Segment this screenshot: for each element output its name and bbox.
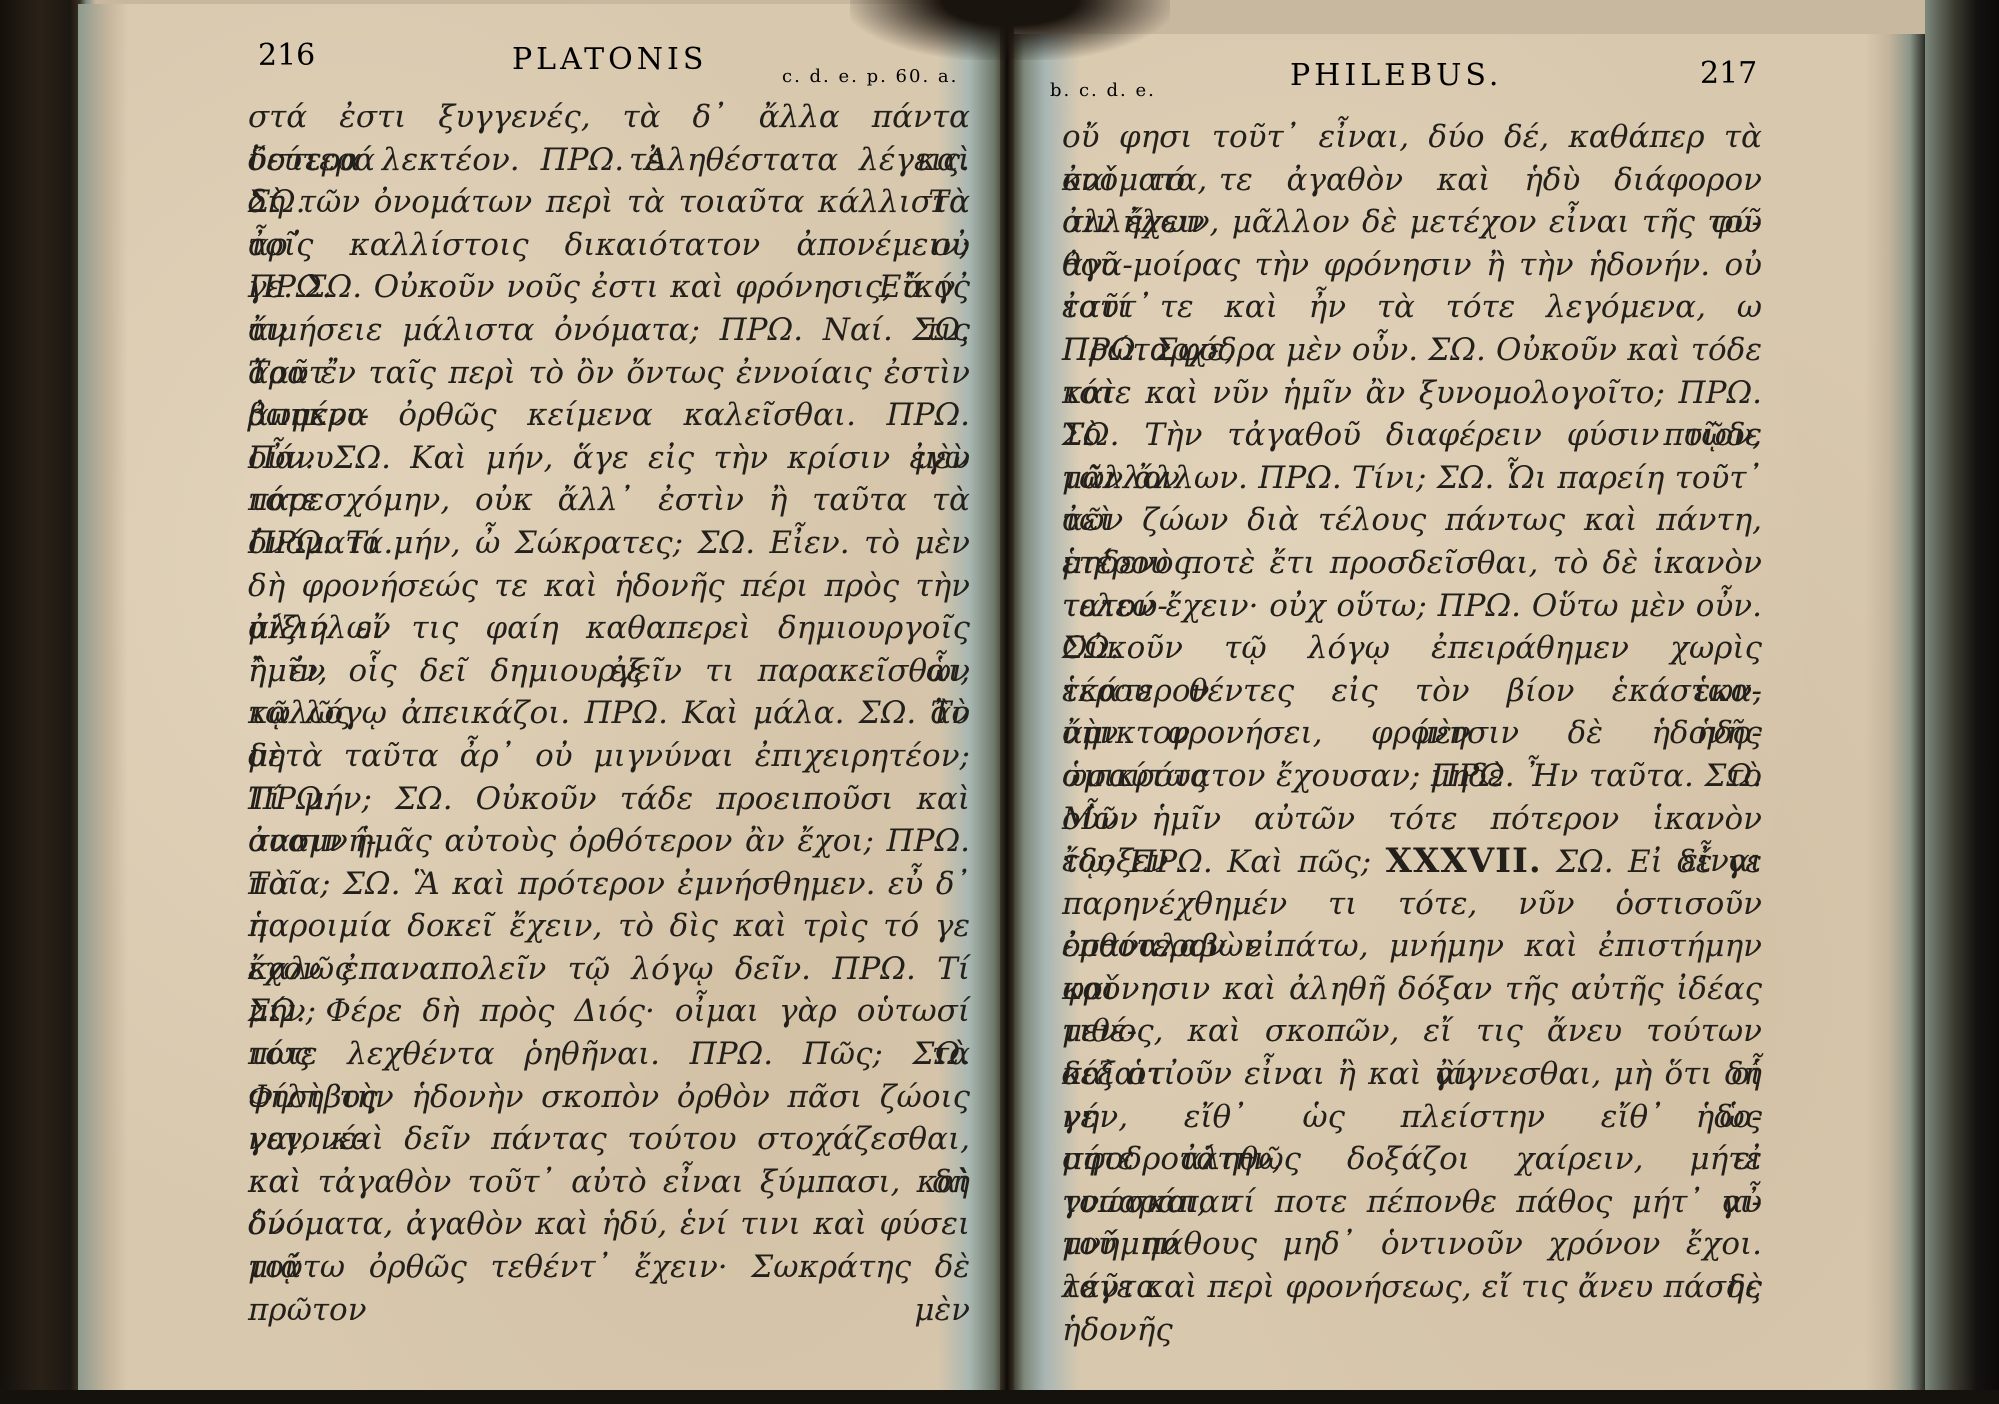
text-line: φρόνησιν καὶ ἀληθῆ δόξαν τῆς αὐτῆς ἰδέας… <box>1062 968 1762 1011</box>
text-line: τατον ἔχειν· οὐχ οὕτω; ΠΡΩ. Οὕτω μὲν οὖν… <box>1062 585 1762 628</box>
right-running-head: PHILEBUS. <box>1290 58 1502 93</box>
text-line: ποῖα; ΣΩ. Ἃ καὶ πρότερον ἐμνήσθημεν. εὖ … <box>248 863 970 906</box>
text-line: παρηνέχθημέν τι τότε, νῦν ὁστισοῦν ἐπανα… <box>1062 883 1762 926</box>
text-line: δὴ φρονήσεώς τε καὶ ἡδονῆς πέρι πρὸς τὴν… <box>248 565 970 608</box>
text-line: τῶν ἄλλων. ΠΡΩ. Τίνι; ΣΩ. Ὧι παρείη τοῦτ… <box>1062 457 1762 500</box>
text-line: Τί μήν; ΣΩ. Οὐκοῦν τάδε προειποῦσι καὶ ἀ… <box>248 778 970 821</box>
text-line: ΠΡΩ. Σφόδρα μὲν οὖν. ΣΩ. Οὐκοῦν καὶ τόδε… <box>1062 329 1762 372</box>
text-line: οὔ φησι τοῦτ᾽ εἶναι, δύο δέ, καθάπερ τὰ … <box>1062 116 1762 159</box>
text-line: δὴ τῶν ὀνομάτων περὶ τὰ τοιαῦτα κάλλιστα… <box>248 181 970 224</box>
text-fragment: τῳ; ΠΡΩ. Καὶ πῶς; <box>1062 844 1371 880</box>
text-line: τιμήσειε μάλιστα ὀνόματα; ΠΡΩ. Ναί. ΣΩ. … <box>248 309 970 352</box>
book-gutter <box>1000 0 1014 1404</box>
text-line: τοῦ πάθους μηδ᾽ ὁντινοῦν χρόνον ἔχοι. τα… <box>1062 1223 1762 1266</box>
text-line: καὶ τό τε ἀγαθὸν καὶ ἡδὺ διάφορον ἀλλήλω… <box>1062 159 1762 202</box>
text-line: τέρου θέντες εἰς τὸν βίον ἑκάστων, ἄμικτ… <box>1062 670 1762 713</box>
left-running-head: PLATONIS <box>512 42 707 77</box>
left-page-number: 216 <box>258 38 315 73</box>
text-line: καὶ ὁτιοῦν εἶναι ἢ καὶ γίγνεσθαι, μὴ ὅτι… <box>1062 1053 1762 1096</box>
text-line: ὀνόματα, ἀγαθὸν καὶ ἡδύ, ἑνί τινι καὶ φύ… <box>248 1203 970 1246</box>
left-page-body: στά ἐστι ξυγγενές, τὰ δ᾽ ἄλλα πάντα δεύτ… <box>248 96 970 1289</box>
text-line: τούτω ὀρθῶς τεθέντ᾽ ἔχειν· Σωκράτης δὲ π… <box>248 1246 970 1289</box>
text-line: μετὰ ταῦτα ἆρ᾽ οὐ μιγνύναι ἐπιχειρητέον;… <box>248 735 970 778</box>
text-line: ναι, καὶ δεῖν πάντας τούτου στοχάζεσθαι,… <box>248 1118 970 1161</box>
text-line: τῶν ζώων διὰ τέλους πάντως καὶ πάντη, μη… <box>1062 499 1762 542</box>
text-line: νὴν φρονήσει, φρόνησιν δὲ ἡδονῆς ὡσαύτως… <box>1062 712 1762 755</box>
text-line: ὀρθότερον εἰπάτω, μνήμην καὶ ἐπιστήμην κ… <box>1062 925 1762 968</box>
text-line: καὶ τἀγαθὸν τοῦτ᾽ αὐτὸ εἶναι ξύμπασι, κα… <box>248 1161 970 1204</box>
text-line: γε. ΣΩ. Οὐκοῦν νοῦς ἐστι καὶ φρόνησις, ἅ… <box>248 266 970 309</box>
text-line: τότε καὶ νῦν ἡμῖν ἂν ξυνομολογοῖτο; ΠΡΩ.… <box>1062 372 1762 415</box>
spine-shadow <box>850 0 1170 60</box>
text-line: σμικρότατον ἔχουσαν; ΠΡΩ. Ἦν ταῦτα. ΣΩ. … <box>1062 755 1762 798</box>
text-line: μενος, καὶ σκοπῶν, εἴ τις ἄνευ τούτων δέ… <box>1062 1010 1762 1053</box>
right-margin-reference: b. c. d. e. <box>1050 80 1156 101</box>
text-line: θοῦ μοίρας τὴν φρόνησιν ἢ τὴν ἡδονήν. οὐ… <box>1062 244 1762 287</box>
text-line: σιν ἔχειν, μᾶλλον δὲ μετέχον εἶναι τῆς τ… <box>1062 201 1762 244</box>
text-line: ἑτέρου ποτὲ ἔτι προσδεῖσθαι, τὸ δὲ ἱκανὸ… <box>1062 542 1762 585</box>
text-line: ὕστερα λεκτέον. ΠΡΩ. Ἀληθέστατα λέγεις. … <box>248 139 970 182</box>
text-line: μίξιν εἴ τις φαίη καθαπερεὶ δημιουργοῖς … <box>248 607 970 650</box>
text-line: ΣΩ. Τὴν τἀγαθοῦ διαφέρειν φύσιν τῷδε μᾶλ… <box>1062 414 1762 457</box>
text-line: παροιμία δοκεῖ ἔχειν, τὸ δὶς καὶ τρὶς τό… <box>248 905 970 948</box>
text-line: μήτε ἀληθῶς δοξάζοι χαίρειν, μήτε τοπαρά… <box>1062 1138 1762 1181</box>
text-line: τότε λεχθέντα ῥηθῆναι. ΠΡΩ. Πῶς; ΣΩ. Φίλ… <box>248 1033 970 1076</box>
right-page-number: 217 <box>1700 56 1757 91</box>
book-scan: 216 PLATONIS c. d. e. p. 60. a. b. c. d.… <box>0 0 1999 1404</box>
text-line: γνώσκοι, τί ποτε πέπονθε πάθος μήτ᾽ αὖ μ… <box>1062 1181 1762 1224</box>
text-line: οὖν. ΣΩ. Καὶ μήν, ἅγε εἰς τὴν κρίσιν ἐγὼ… <box>248 437 970 480</box>
text-line: βωμένα ὀρθῶς κείμενα καλεῖσθαι. ΠΡΩ. Πάν… <box>248 394 970 437</box>
text-line: φησὶ τὴν ἡδονὴν σκοπὸν ὀρθὸν πᾶσι ζώοις … <box>248 1076 970 1119</box>
text-line: Οὐκοῦν τῷ λόγῳ ἐπειράθημεν χωρὶς ἑκάτερο… <box>1062 627 1762 670</box>
text-line: τοῖς καλλίστοις δικαιότατον ἀπονέμειν; Π… <box>248 224 970 267</box>
book-edge-right <box>1925 0 1999 1404</box>
book-edge-bottom <box>0 1390 1999 1404</box>
text-line-with-chapter: τῳ; ΠΡΩ. Καὶ πῶς; XXXVII. ΣΩ. Εἰ δέ γε <box>1062 840 1762 883</box>
text-line: τῷ λόγῳ ἀπεικάζοι. ΠΡΩ. Καὶ μάλα. ΣΩ. Τὸ… <box>248 692 970 735</box>
right-page-body: οὔ φησι τοῦτ᾽ εἶναι, δύο δέ, καθάπερ τὰ … <box>1062 116 1762 1309</box>
text-line: νήν, εἴθ᾽ ὡς πλείστην εἴθ᾽ ὡς σφοδροτάτη… <box>1062 1096 1762 1139</box>
text-line: στά ἐστι ξυγγενές, τὰ δ᾽ ἄλλα πάντα δεύτ… <box>248 96 970 139</box>
text-line: ἔχον ἐπαναπολεῖν τῷ λόγῳ δεῖν. ΠΡΩ. Τί μ… <box>248 948 970 991</box>
text-line: σασιν ἡμᾶς αὐτοὺς ὀρθότερον ἂν ἔχοι; ΠΡΩ… <box>248 820 970 863</box>
text-line: ἐστί τε καὶ ἦν τὰ τότε λεγόμενα, ω Πρώτα… <box>1062 286 1762 329</box>
text-line: οὖν ἡμῖν αὐτῶν τότε πότερον ἱκανὸν ἔδοξε… <box>1062 798 1762 841</box>
text-line: ΠΡΩ. Τί μήν, ὦ Σώκρατες; ΣΩ. Εἶεν. τὸ μὲ… <box>248 522 970 565</box>
text-line: λέγε καὶ περὶ φρονήσεως, εἴ τις ἄνευ πάσ… <box>1062 1266 1762 1309</box>
left-margin-reference: c. d. e. p. 60. a. <box>782 66 958 87</box>
text-fragment: ΣΩ. Εἰ δέ γε <box>1556 844 1762 880</box>
text-line: ἄρα ἐν ταῖς περὶ τὸ ὂν ὄντως ἐννοίαις ἐσ… <box>248 352 970 395</box>
text-line: ΣΩ. Φέρε δὴ πρὸς Διός· οἶμαι γὰρ οὑτωσί … <box>248 990 970 1033</box>
text-line: παρεσχόμην, οὐκ ἄλλ᾽ ἐστὶν ἢ ταῦτα τὰ ὀν… <box>248 479 970 522</box>
text-line: ἢ ἐν οἷς δεῖ δημιουργεῖν τι παρακεῖσθαι,… <box>248 650 970 693</box>
chapter-numeral: XXXVII. <box>1386 841 1542 881</box>
